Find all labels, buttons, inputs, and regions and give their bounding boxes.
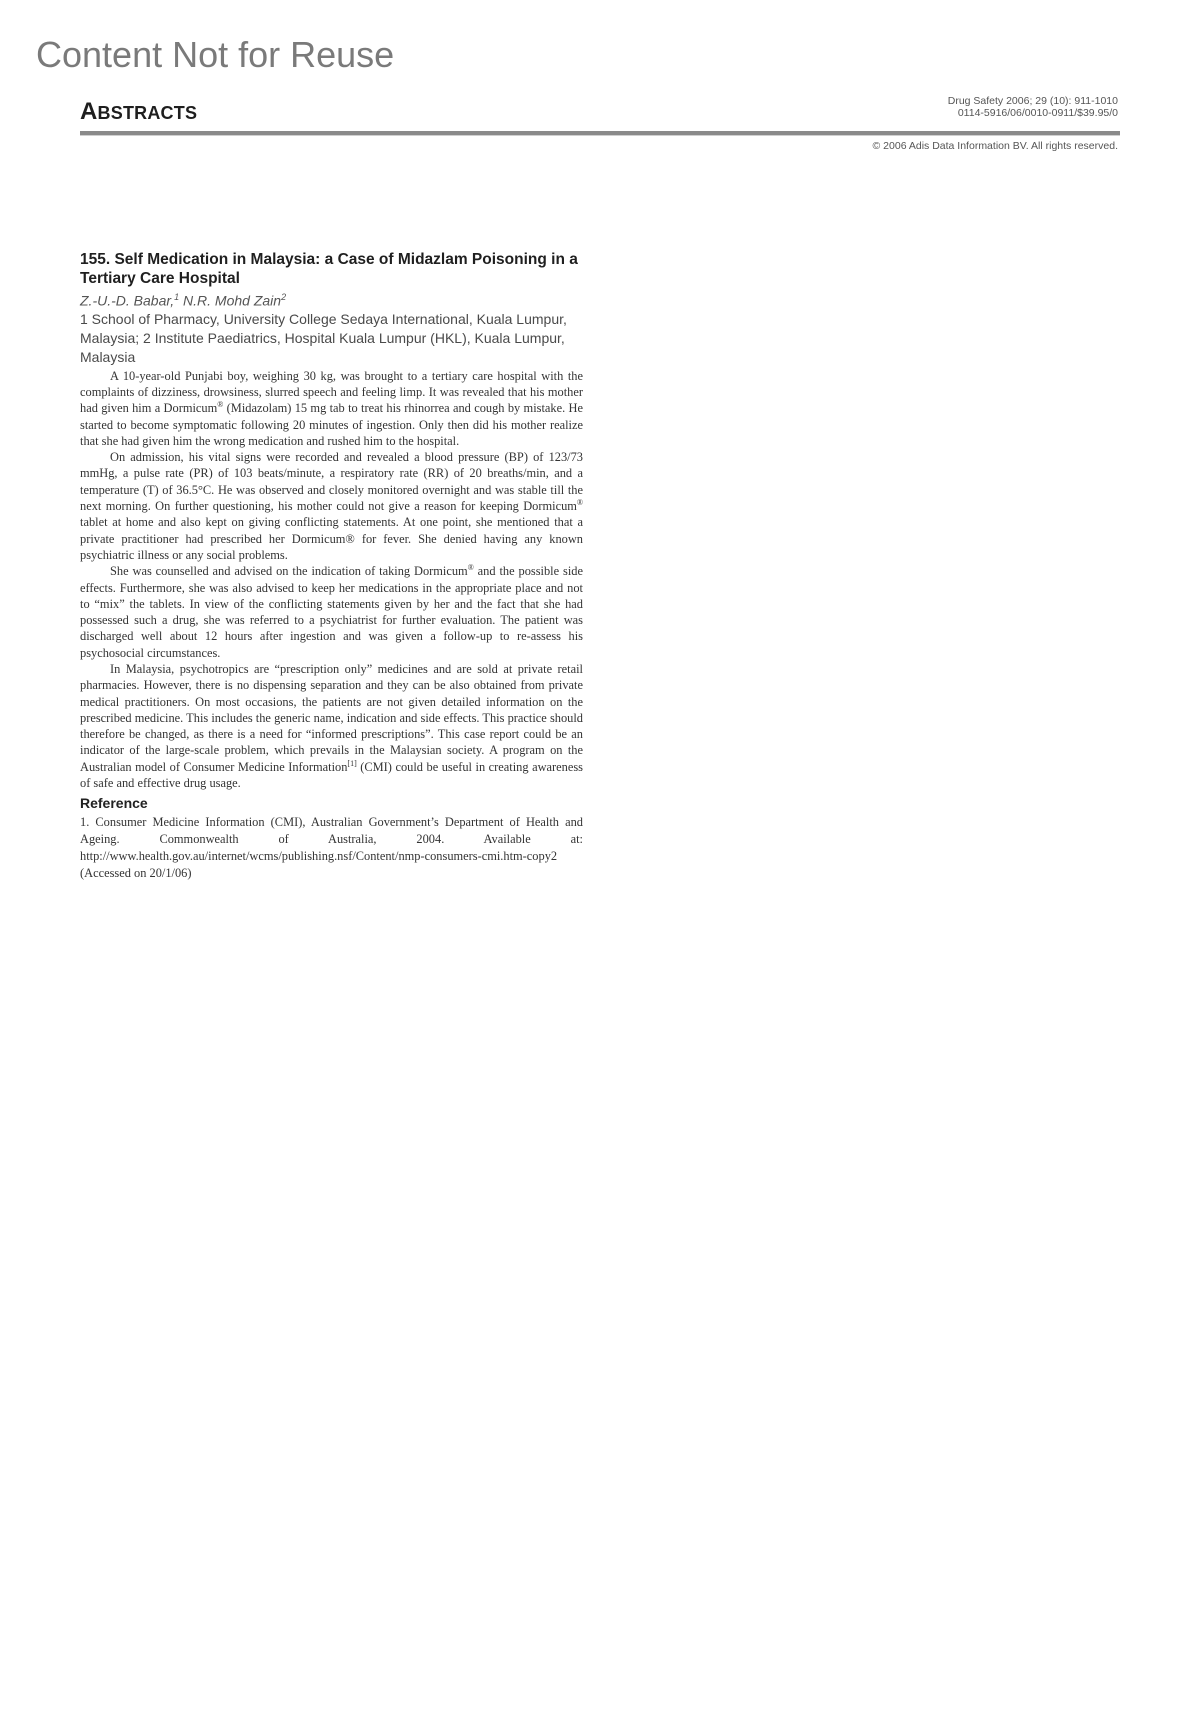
author-list: Z.-U.-D. Babar,1 N.R. Mohd Zain2 xyxy=(80,288,583,310)
registered-mark: ® xyxy=(577,498,583,507)
section-title-initial: A xyxy=(80,98,98,125)
abstract-column: 155. Self Medication in Malaysia: a Case… xyxy=(80,250,583,882)
journal-citation-line: Drug Safety 2006; 29 (10): 911-1010 xyxy=(948,95,1118,107)
section-title: ABSTRACTS xyxy=(80,98,197,126)
watermark-text: Content Not for Reuse xyxy=(36,34,394,76)
reference-heading: Reference xyxy=(80,794,583,812)
author-name: N.R. Mohd Zain xyxy=(183,293,281,309)
journal-citation: Drug Safety 2006; 29 (10): 911-1010 0114… xyxy=(948,95,1118,119)
header-rule xyxy=(80,131,1120,136)
paragraph-text: On admission, his vital signs were recor… xyxy=(80,450,583,513)
body-paragraph: On admission, his vital signs were recor… xyxy=(80,449,583,563)
journal-issn-line: 0114-5916/06/0010-0911/$39.95/0 xyxy=(948,107,1118,119)
paragraph-text: In Malaysia, psychotropics are “prescrip… xyxy=(80,662,583,774)
paragraph-text: and the possible side effects. Furthermo… xyxy=(80,564,583,659)
body-paragraph: A 10-year-old Punjabi boy, weighing 30 k… xyxy=(80,368,583,449)
abstract-title: 155. Self Medication in Malaysia: a Case… xyxy=(80,250,583,288)
paragraph-text: She was counselled and advised on the in… xyxy=(110,564,468,578)
affiliations: 1 School of Pharmacy, University College… xyxy=(80,310,583,367)
section-title-rest: BSTRACTS xyxy=(98,103,198,123)
body-paragraph: In Malaysia, psychotropics are “prescrip… xyxy=(80,661,583,791)
citation-mark: [1] xyxy=(347,759,356,768)
paragraph-text: tablet at home and also kept on giving c… xyxy=(80,515,583,562)
copyright-notice: © 2006 Adis Data Information BV. All rig… xyxy=(873,140,1118,152)
reference-item: 1. Consumer Medicine Information (CMI), … xyxy=(80,814,583,882)
author-affiliation-mark: 2 xyxy=(281,292,286,302)
body-paragraph: She was counselled and advised on the in… xyxy=(80,563,583,661)
author-name: Z.-U.-D. Babar, xyxy=(80,293,174,309)
author-affiliation-mark: 1 xyxy=(174,292,179,302)
